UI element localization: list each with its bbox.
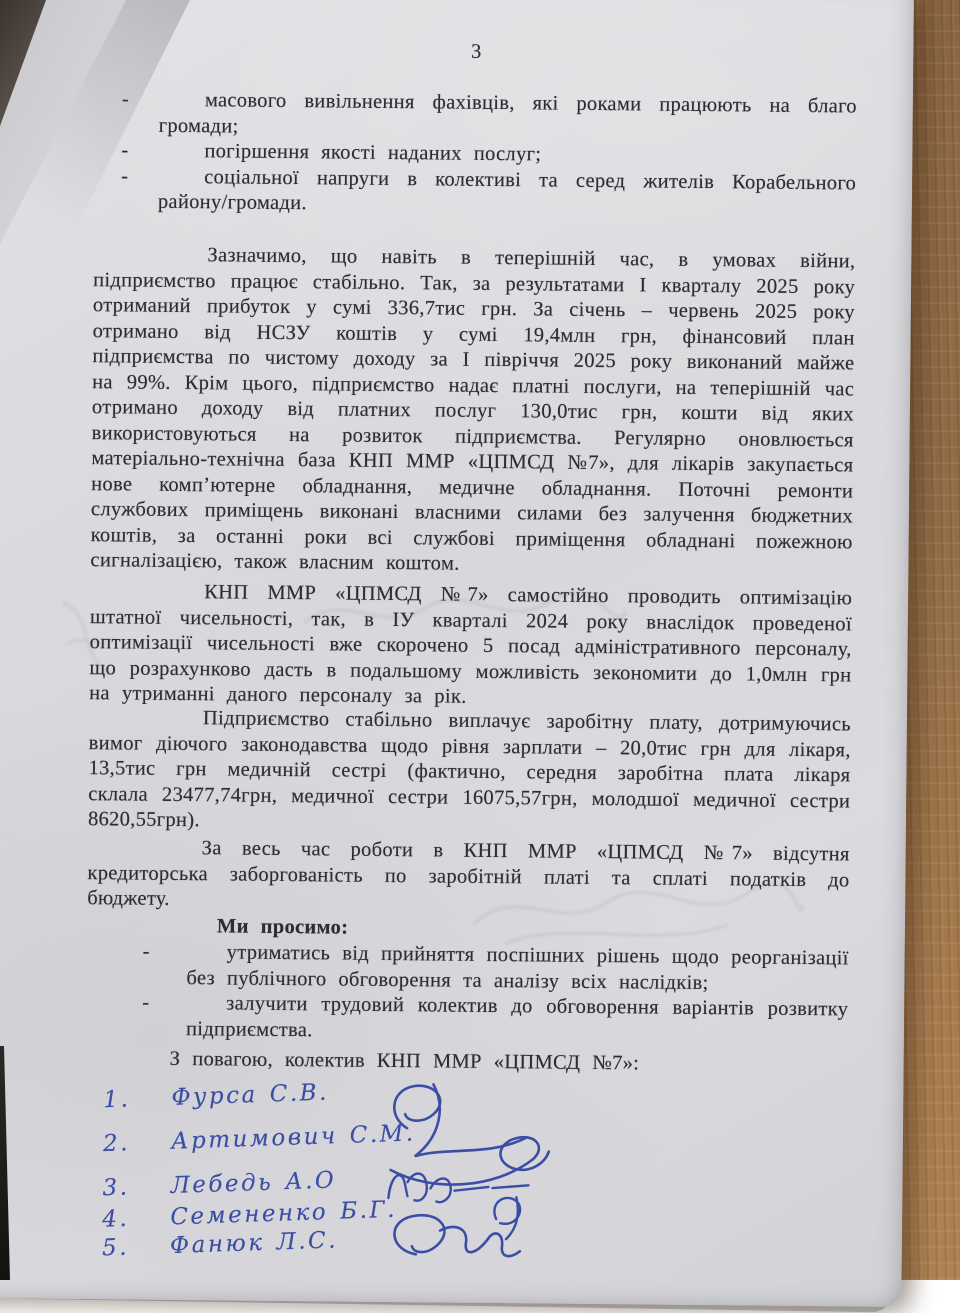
document-page: 3 - масового вивільнення фахівців, які р… <box>0 0 914 1280</box>
signature-flourish <box>380 1208 541 1272</box>
request-bullet-list: - утриматись від прийняття поспішних ріш… <box>86 939 849 1048</box>
bullet-item: - масового вивільнення фахівців, які рок… <box>95 87 857 145</box>
signature-number: 1. <box>103 1086 160 1113</box>
signature-number: 5. <box>102 1235 159 1262</box>
signature-row: 4. Семененко Б.Г. <box>102 1198 398 1234</box>
signature-row: 1. Фурса С.В. <box>103 1081 329 1114</box>
signature-row: 2. Артимович С.М. <box>103 1121 416 1157</box>
bullet-text: утриматись від прийняття поспішних рішен… <box>186 941 848 993</box>
closing-line: З повагою, колектив КНП ММР «ЦПМСД №7»: <box>86 1046 848 1079</box>
signature-name: Фанюк Л.С. <box>170 1227 339 1259</box>
signature-name: Фурса С.В. <box>171 1080 329 1111</box>
bullet-dash: - <box>142 991 149 1017</box>
bullet-item: - соціальної напруги в колективі та сере… <box>94 164 856 222</box>
bullet-dash: - <box>143 940 150 966</box>
signature-row: 5. Фанюк Л.С. <box>102 1228 339 1262</box>
paragraph-4: За весь час роботи в КНП ММР «ЦПМСД №7» … <box>87 835 850 919</box>
paragraph-2: КНП ММР «ЦПМСД №7» самостійно проводить … <box>89 579 852 714</box>
bullet-item: - утриматись від прийняття поспішних ріш… <box>86 939 848 997</box>
signature-number: 2. <box>103 1130 160 1157</box>
signature-flourish <box>376 1162 566 1212</box>
page-number: 3 <box>95 36 857 69</box>
bullet-dash: - <box>121 138 128 164</box>
document-text: 3 - масового вивільнення фахівців, які р… <box>83 0 858 1280</box>
bullet-text: залучити трудовий колектив до обговоренн… <box>186 992 848 1040</box>
signature-row: 3. Лебедь А.О <box>102 1168 337 1201</box>
intro-bullet-list: - масового вивільнення фахівців, які рок… <box>94 87 857 222</box>
bullet-item: - залучити трудовий колектив до обговоре… <box>86 990 848 1048</box>
bullet-dash: - <box>121 164 128 190</box>
paragraph-3: Підприємство стабільно виплачує заробітн… <box>88 705 851 840</box>
signature-name: Семененко Б.Г. <box>170 1197 398 1231</box>
bullet-text: масового вивільнення фахівців, які рокам… <box>159 89 857 137</box>
signature-number: 3. <box>102 1174 159 1201</box>
paragraph-1: Зазначимо, що навіть в теперішній час, в… <box>90 242 855 581</box>
bullet-text: погіршення якості наданих послуг; <box>204 140 541 165</box>
signature-name: Лебедь А.О <box>170 1167 337 1199</box>
signature-list: 1. Фурса С.В. 2. Артимович С.М. 3. Лебед… <box>84 1083 848 1276</box>
signature-number: 4. <box>102 1206 159 1233</box>
bullet-text: соціальної напруги в колективі та серед … <box>158 166 856 214</box>
